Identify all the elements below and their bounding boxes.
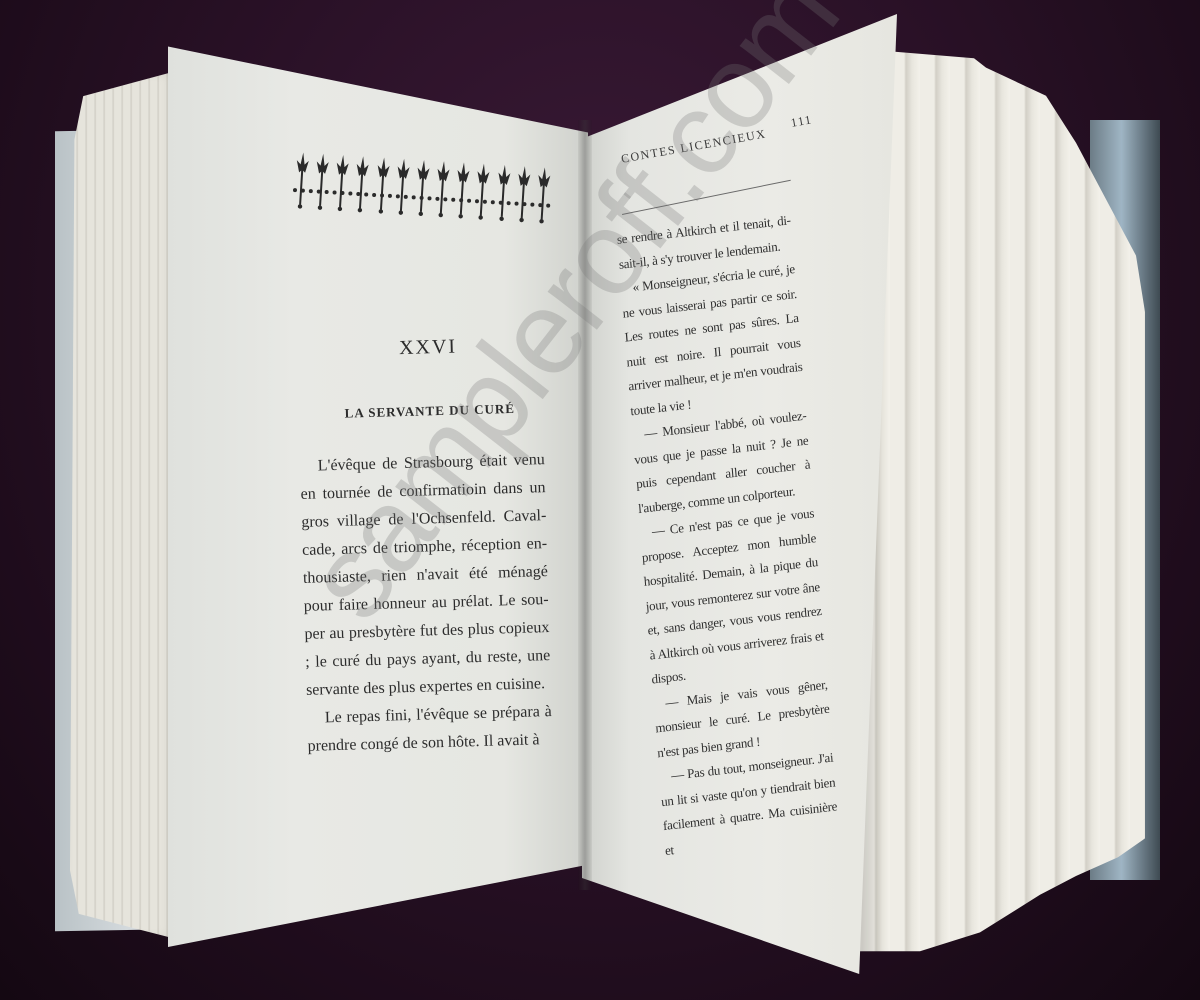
paragraph: Le repas fini, l'évêque se prépara à pre… [306,698,552,761]
left-body: L'évêque de Strasbourg était venu en tou… [299,446,553,761]
left-page-text: XXVI LA SERVANTE DU CURÉ L'évêque de Str… [296,323,553,761]
fleur-de-lis-icon [412,157,432,218]
fleur-de-lis-icon [372,155,392,216]
fleur-de-lis-icon [292,150,312,211]
paragraph: — Pas du tout, monseigneur. J'ai un lit … [658,746,840,864]
fleur-de-lis-ornament [291,150,553,246]
fleur-de-lis-icon [332,153,352,214]
chapter-title: LA SERVANTE DU CURÉ [316,400,543,422]
fleur-de-lis-icon [513,164,533,225]
fleur-de-lis-icon [312,151,332,212]
book-photo: XXVI LA SERVANTE DU CURÉ L'évêque de Str… [0,0,1200,1000]
fleur-de-lis-icon [473,161,493,222]
paragraph: « Monseigneur, s'écria le curé, je ne vo… [620,257,806,423]
book-gutter [578,120,592,890]
fleur-de-lis-icon [433,159,453,220]
chapter-number: XXVI [314,333,542,362]
fleur-de-lis-icon [392,156,412,217]
paragraph: L'évêque de Strasbourg était venu en tou… [299,446,551,705]
fleur-de-lis-icon [493,162,513,223]
paragraph: — Ce n'est pas ce que je vous pro­pose. … [639,501,826,692]
fleur-de-lis-icon [352,154,372,215]
page-number: 111 [790,112,814,131]
page-stack-left [70,70,180,940]
fleur-de-lis-icon [453,160,473,221]
